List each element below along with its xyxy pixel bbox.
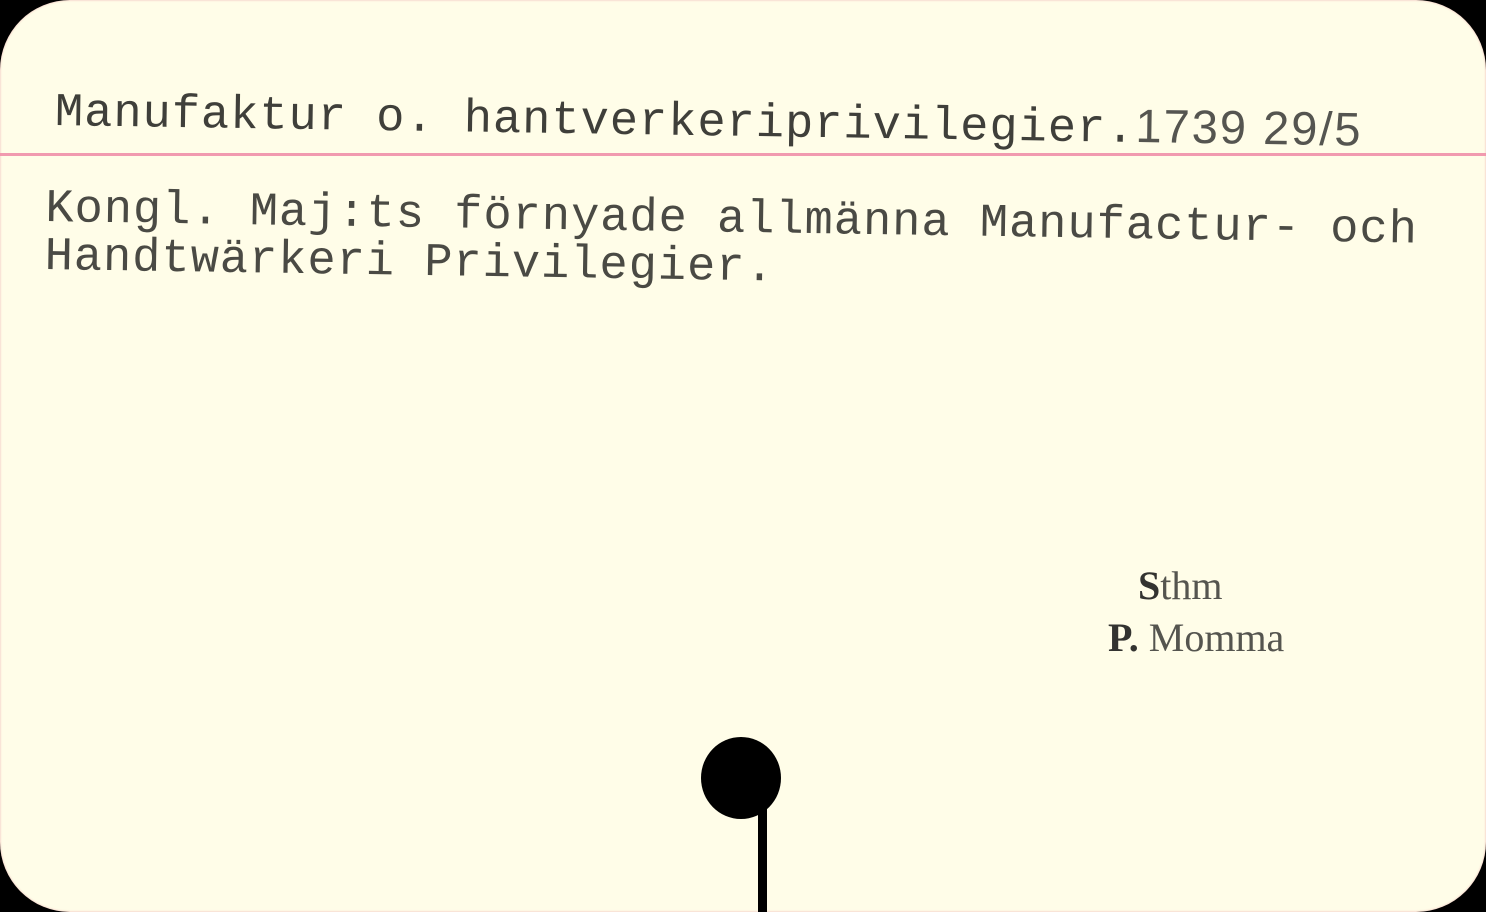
imprint-printer: P. Momma (1108, 612, 1284, 664)
catalog-card: Manufaktur o. hantverkeriprivilegier.173… (0, 0, 1486, 912)
imprint-stamp: Sthm P. Momma (1108, 560, 1284, 664)
punch-slot (758, 805, 767, 912)
heading-date: 1739 29/5 (1135, 99, 1363, 156)
imprint-place: Sthm (1108, 560, 1284, 612)
heading-subject: Manufaktur o. hantverkeriprivilegier. (55, 87, 1136, 157)
card-body: Kongl. Maj:ts förnyade allmänna Manufact… (44, 186, 1418, 304)
card-heading: Manufaktur o. hantverkeriprivilegier.173… (55, 82, 1363, 162)
punch-hole-icon (701, 737, 781, 819)
